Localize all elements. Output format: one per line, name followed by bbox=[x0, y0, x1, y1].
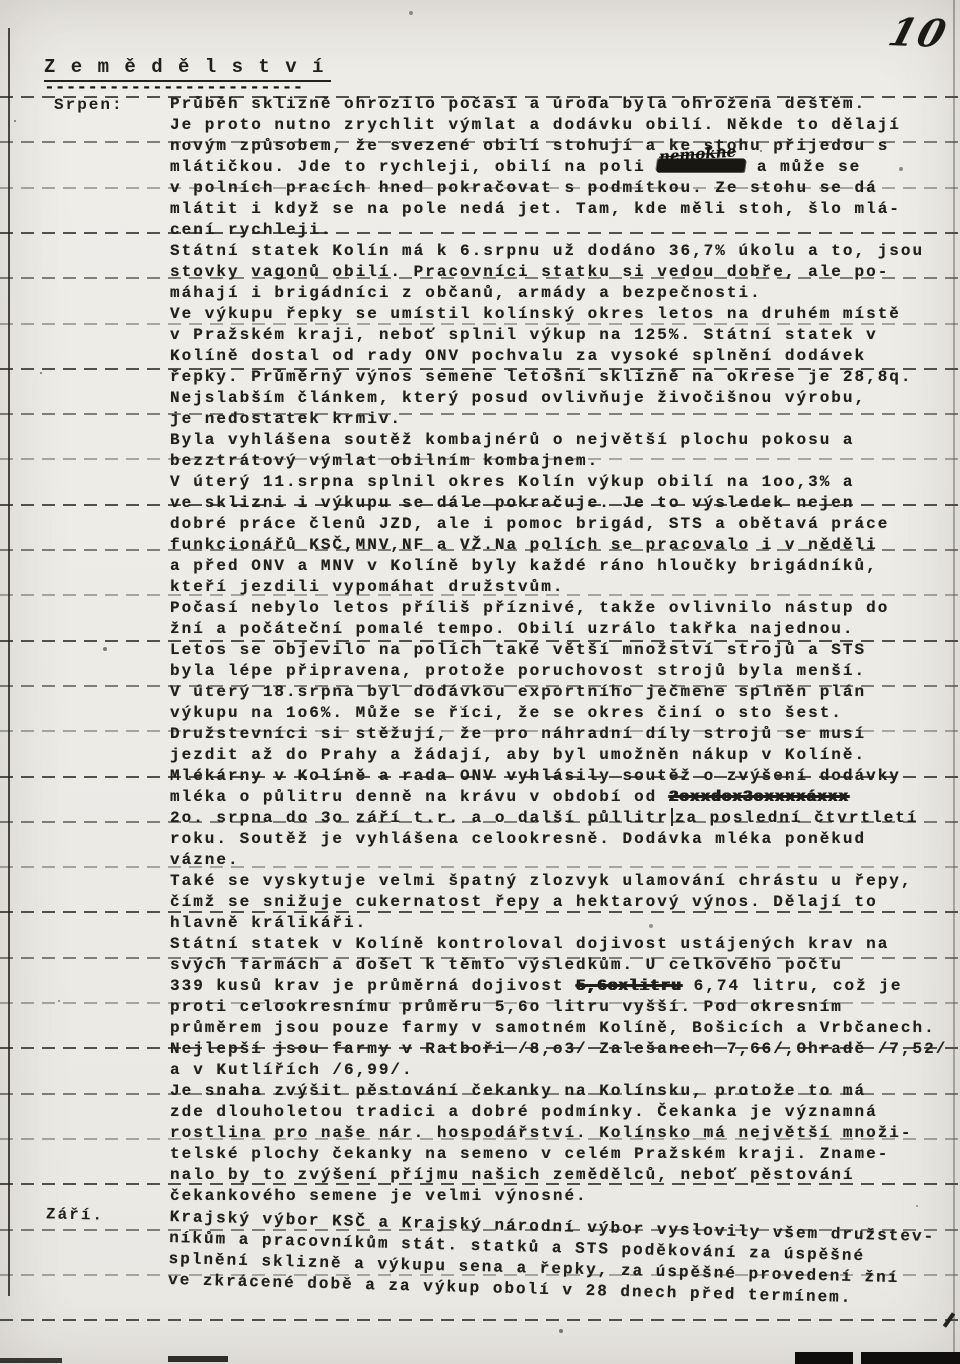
typed-line: dobré práce členů JZD, ale i pomoc brigá… bbox=[170, 514, 960, 535]
typed-line: 2o. srpna do 3o září t.r. a o další půll… bbox=[170, 808, 960, 829]
overtyped-strikeout: 2oxxdox3oxxxxáxxx bbox=[669, 788, 849, 806]
typed-line: ve sklizni i výkupu se dále pokračuje. J… bbox=[170, 493, 960, 514]
typed-line: Počasí nebylo letos příliš příznivé, tak… bbox=[170, 598, 960, 619]
typed-line: kteří jezdili vypomáhat družstvům. bbox=[170, 577, 960, 598]
typed-line: telské plochy čekanky na semeno v celém … bbox=[170, 1144, 960, 1165]
typed-line: proti celookresnímu průměru 5,6o litru v… bbox=[170, 997, 960, 1018]
typed-line: máhají i brigádníci z občanů, armády a b… bbox=[170, 283, 960, 304]
typed-line: Státní statek v Kolíně kontroloval dojiv… bbox=[170, 934, 960, 955]
typed-line: a před ONV a MNV v Kolíně byly každé rán… bbox=[170, 556, 960, 577]
typed-line: a v Kutlířích /6,99/. bbox=[170, 1060, 960, 1081]
scan-edge-left bbox=[8, 28, 10, 1296]
scan-artifact-bar bbox=[168, 1356, 228, 1362]
typed-line: Také se vyskytuje velmi špatný zlozvyk u… bbox=[170, 871, 960, 892]
handwritten-page-number: 10 bbox=[884, 9, 953, 56]
typed-line: bezztrátový výmlat obilním kombajnem. bbox=[170, 451, 960, 472]
typed-line: zde dlouholetou tradici a dobré podmínky… bbox=[170, 1102, 960, 1123]
typed-line: Kolíně dostal od rady ONV pochvalu za vy… bbox=[170, 346, 960, 367]
typed-line: nalo by to zvýšení příjmu našich zeměděl… bbox=[170, 1165, 960, 1186]
typed-line: Nejslabším článkem, který posud ovlivňuj… bbox=[170, 388, 960, 409]
august-paragraphs: Průběh sklizně ohrozilo počasí a úroda b… bbox=[170, 94, 960, 1207]
typed-line: Byla vyhlášena soutěž kombajnérů o nejvě… bbox=[170, 430, 960, 451]
september-paragraphs: Krajský výbor KSČ a Krajský národní výbo… bbox=[168, 1207, 960, 1312]
typed-line: cení rychleji. bbox=[170, 220, 960, 241]
margin-label-september: Září. bbox=[46, 1205, 104, 1224]
typed-line: jezdit až do Prahy a žádají, aby byl umo… bbox=[170, 745, 960, 766]
typed-line: vázne. bbox=[170, 850, 960, 871]
typed-line: mlátičkou. Jde to rychleji, obilí na pol… bbox=[170, 157, 960, 178]
typed-line: mlátit i když se na pole nedá jet. Tam, … bbox=[170, 199, 960, 220]
typed-line: Letos se objevilo na polích také větší m… bbox=[170, 640, 960, 661]
typed-line: novým způsobem, že svezené obilí stohují… bbox=[170, 136, 960, 157]
scan-artifact-bar bbox=[0, 1358, 62, 1363]
typed-line: Je snaha zvýšit pěstování čekanky na Kol… bbox=[170, 1081, 960, 1102]
typed-line: v polních pracích hned pokračovat s podm… bbox=[170, 178, 960, 199]
typed-line: V úterý 11.srpna splnil okres Kolín výku… bbox=[170, 472, 960, 493]
typed-line: čímž se snižuje cukernatost řepy a hekta… bbox=[170, 892, 960, 913]
typed-line: Ve výkupu řepky se umístil kolínský okre… bbox=[170, 304, 960, 325]
scan-artifact-bar bbox=[795, 1352, 853, 1364]
overtyped-strikeout: 5,6oxlitru bbox=[576, 977, 682, 995]
scan-noise-speckles bbox=[0, 0, 2, 2]
typed-line: 339 kusů krav je průměrná dojivost 5,6ox… bbox=[170, 976, 960, 997]
typed-text-column: Průběh sklizně ohrozilo počasí a úroda b… bbox=[170, 94, 960, 1291]
typed-line: Je proto nutno zrychlit výmlat a dodávku… bbox=[170, 115, 960, 136]
typed-line: funkcionářů KSČ,MNV,NF a VŽ.Na polích se… bbox=[170, 535, 960, 556]
typed-line: čekankového semene je velmi výnosné. bbox=[170, 1186, 960, 1207]
typed-line: Státní statek Kolín má k 6.srpnu už dodá… bbox=[170, 241, 960, 262]
typed-line: průměrem jsou pouze farmy v samotném Kol… bbox=[170, 1018, 960, 1039]
typed-line: v Pražském kraji, neboť splnil výkup na … bbox=[170, 325, 960, 346]
ruled-line bbox=[0, 1319, 960, 1321]
typed-line: svých farmách a došel k těmto výsledkům.… bbox=[170, 955, 960, 976]
typed-line: stovky vagonů obilí. Pracovníci statku s… bbox=[170, 262, 960, 283]
typed-line: roku. Soutěž je vyhlášena celookresně. D… bbox=[170, 829, 960, 850]
typed-line: Nejlepší jsou farmy v Ratboři /8,o3/ Zal… bbox=[170, 1039, 960, 1060]
margin-label-august: Srpen: bbox=[54, 96, 124, 114]
scan-artifact-bar bbox=[861, 1352, 960, 1364]
typed-line: výkupu na 1o6%. Může se říci, že se okre… bbox=[170, 703, 960, 724]
blacked-out-word bbox=[656, 159, 746, 172]
typed-line: V úterý 18.srpna byl dodávkou exportního… bbox=[170, 682, 960, 703]
typed-line: Družstevníci si stěžují, že pro náhradní… bbox=[170, 724, 960, 745]
typed-line: byla lépe připravena, protože poruchovos… bbox=[170, 661, 960, 682]
typed-line: žní a počáteční pomalé tempo. Obilí uzrá… bbox=[170, 619, 960, 640]
typed-line: Mlékárny v Kolíně a rada ONV vyhlásily s… bbox=[170, 766, 960, 787]
typed-line: řepky. Průměrný výnos semene letošní skl… bbox=[170, 367, 960, 388]
typed-line: hlavně králikáři. bbox=[170, 913, 960, 934]
pen-insertion-mark bbox=[671, 808, 673, 826]
typed-line: mléka o půlitru denně na krávu v období … bbox=[170, 787, 960, 808]
typed-line: je nedostatek krmiv. bbox=[170, 409, 960, 430]
scanned-chronicle-page: 10 Z e m ě d ě l s t v í ---------------… bbox=[0, 0, 960, 1364]
typed-line: rostlina pro naše nár. hospodářství. Kol… bbox=[170, 1123, 960, 1144]
typed-line: Průběh sklizně ohrozilo počasí a úroda b… bbox=[170, 94, 960, 115]
